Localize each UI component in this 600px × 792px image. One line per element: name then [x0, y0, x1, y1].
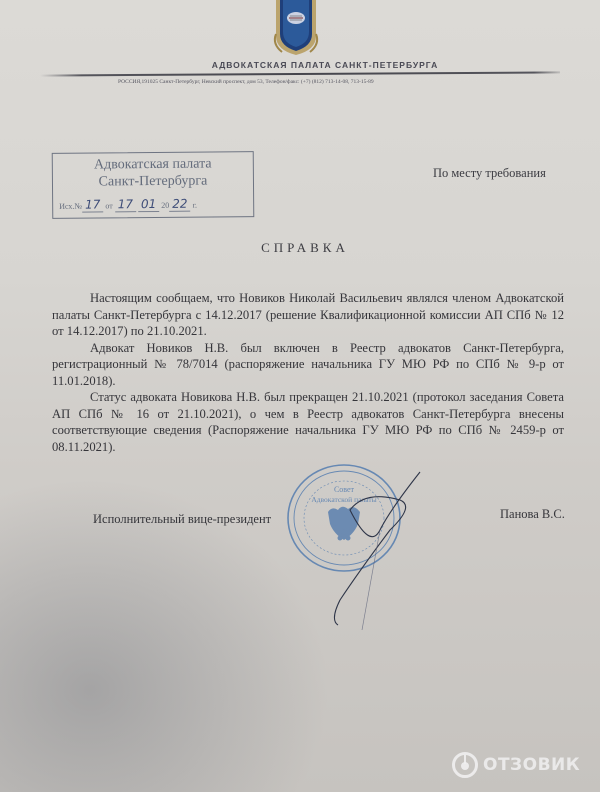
document-body: Настоящим сообщаем, что Новиков Николай … — [52, 290, 564, 455]
otzovik-logo-icon — [452, 752, 478, 778]
stamp-reference-line: Исх.№17 от 17 01 2022 г. — [59, 196, 249, 212]
paragraph-termination: Статус адвоката Новикова Н.В. был прекра… — [52, 389, 564, 455]
date-day: 17 — [115, 197, 136, 212]
year-suffix: 22 — [169, 197, 190, 212]
stamp-org-line-1: Адвокатская палата — [53, 156, 253, 174]
year-mark: г. — [193, 201, 197, 210]
document-page: АДВОКАТСКАЯ ПАЛАТА САНКТ-ПЕТЕРБУРГА РОСС… — [0, 0, 600, 792]
letterhead-address: РОССИЯ,191025 Санкт-Петербург, Невский п… — [118, 79, 518, 85]
letterhead-org-name: АДВОКАТСКАЯ ПАЛАТА САНКТ-ПЕТЕРБУРГА — [175, 60, 475, 70]
paragraph-membership: Настоящим сообщаем, что Новиков Николай … — [52, 290, 564, 340]
otzovik-watermark: ОТЗОВИК — [452, 752, 580, 778]
signer-position: Исполнительный вице-президент — [93, 512, 271, 527]
signer-name: Панова В.С. — [500, 507, 565, 522]
addressee: По месту требования — [433, 166, 546, 181]
letterhead-divider — [40, 71, 560, 76]
date-month: 01 — [138, 197, 159, 212]
stamp-org-line-2: Санкт-Петербурга — [53, 173, 253, 191]
watermark-text: ОТЗОВИК — [483, 755, 580, 775]
coat-of-arms-icon — [268, 0, 324, 56]
document-title: СПРАВКА — [0, 240, 600, 256]
year-prefix: 20 — [161, 201, 169, 210]
paragraph-registry: Адвокат Новиков Н.В. был включен в Реест… — [52, 340, 564, 390]
date-prefix: от — [105, 201, 112, 210]
handwritten-signature — [320, 470, 430, 630]
ref-number: 17 — [82, 197, 103, 212]
outgoing-registration-stamp: Адвокатская палата Санкт-Петербурга Исх.… — [52, 151, 255, 219]
ref-prefix: Исх.№ — [59, 202, 82, 211]
